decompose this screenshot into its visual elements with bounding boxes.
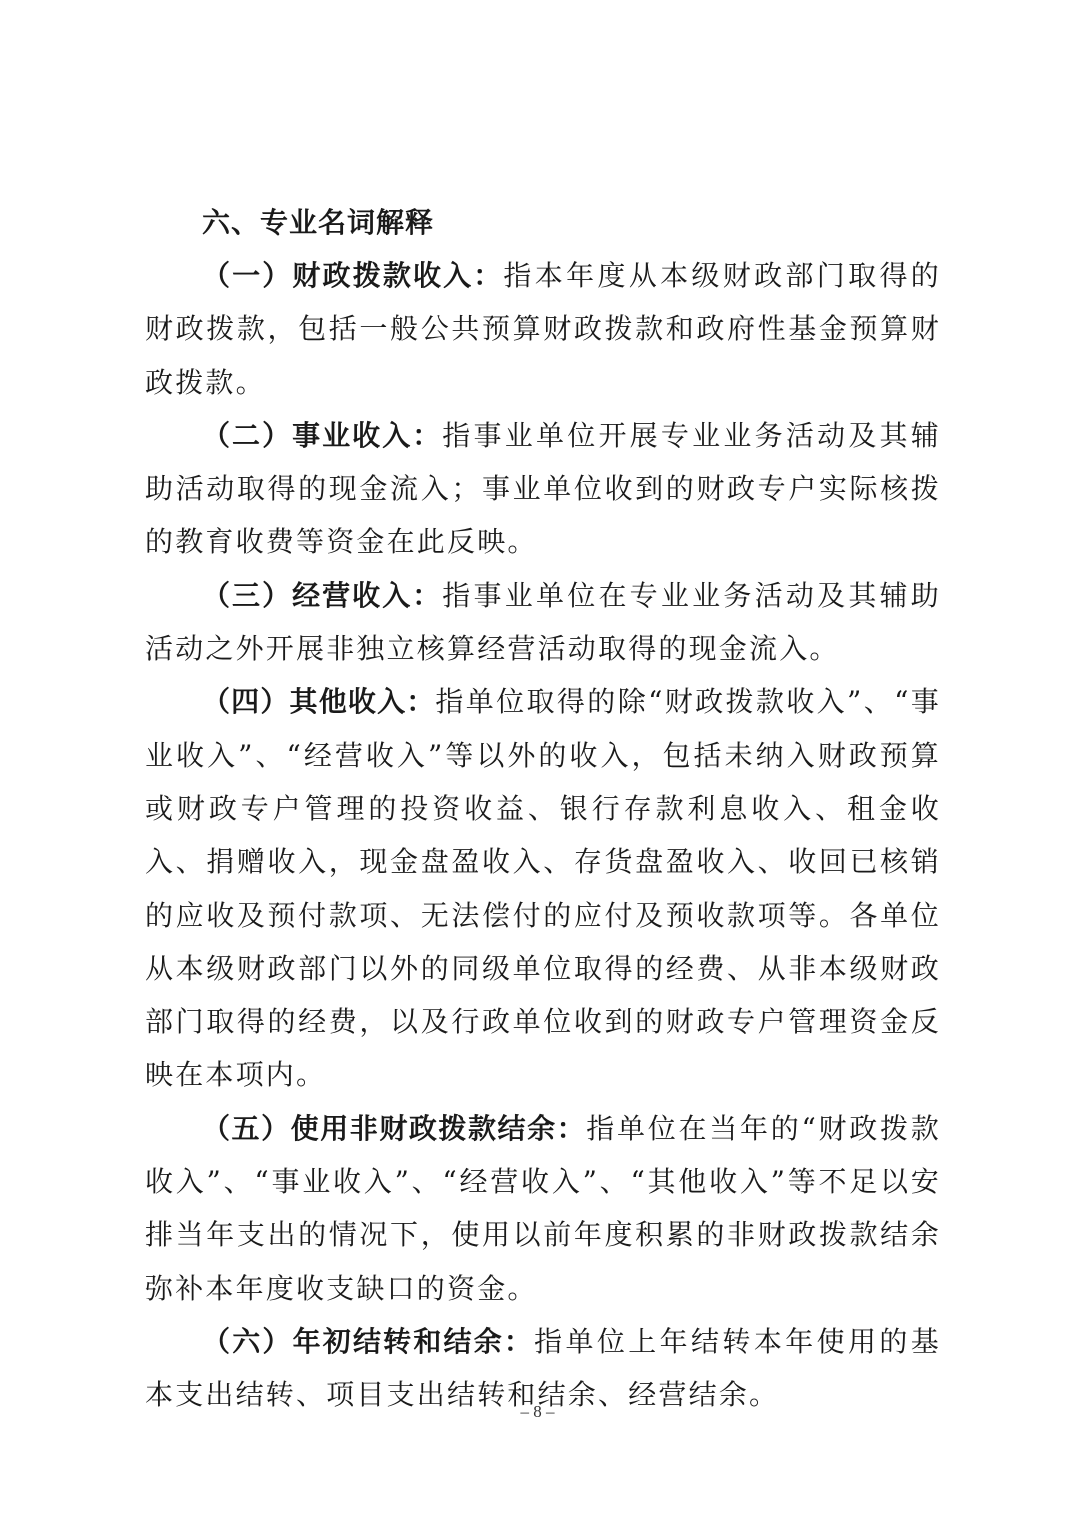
document-page: 六、专业名词解释 （一）财政拨款收入：指本年度从本级财政部门取得的财政拨款，包括…: [145, 196, 941, 1422]
term-label: （四）其他收入：: [202, 685, 435, 718]
term-label: （一）财政拨款收入：: [202, 259, 503, 292]
definition-text: 指单位取得的除“财政拨款收入”、“事业收入”、“经营收入”等以外的收入，包括未纳…: [145, 685, 941, 1091]
definition-paragraph-2: （二）事业收入：指事业单位开展专业业务活动及其辅助活动取得的现金流入；事业单位收…: [145, 409, 941, 569]
term-label: （六）年初结转和结余：: [202, 1325, 534, 1358]
term-label: （五）使用非财政拨款结余：: [202, 1112, 586, 1145]
term-label: （三）经营收入：: [202, 579, 442, 612]
definition-paragraph-5: （五）使用非财政拨款结余：指单位在当年的“财政拨款收入”、“事业收入”、“经营收…: [145, 1102, 941, 1315]
definition-paragraph-1: （一）财政拨款收入：指本年度从本级财政部门取得的财政拨款，包括一般公共预算财政拨…: [145, 249, 941, 409]
definition-paragraph-4: （四）其他收入：指单位取得的除“财政拨款收入”、“事业收入”、“经营收入”等以外…: [145, 675, 941, 1101]
page-number: – 8 –: [0, 1402, 1075, 1422]
definition-paragraph-3: （三）经营收入：指事业单位在专业业务活动及其辅助活动之外开展非独立核算经营活动取…: [145, 569, 941, 676]
term-label: （二）事业收入：: [202, 419, 442, 452]
section-heading: 六、专业名词解释: [145, 196, 941, 249]
